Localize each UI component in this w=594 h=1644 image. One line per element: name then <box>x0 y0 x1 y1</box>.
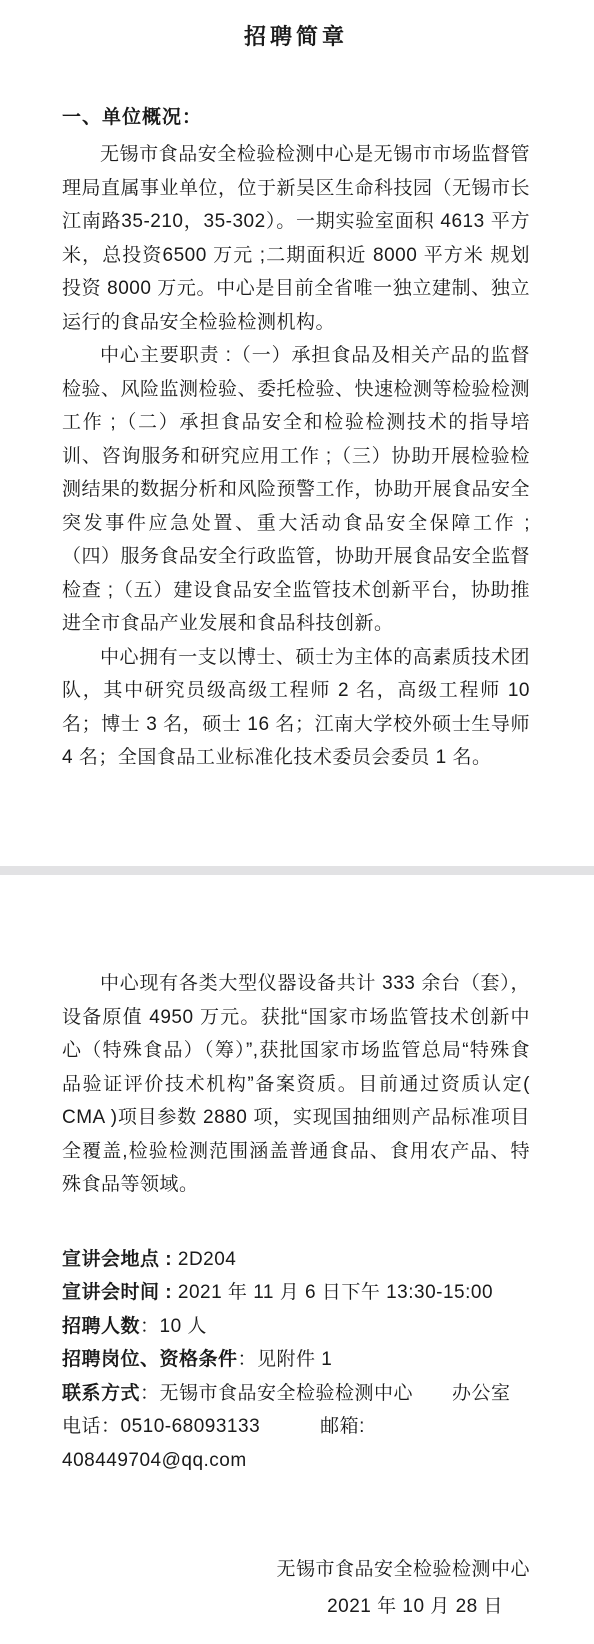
contact-value: ：无锡市食品安全检验检测中心 办公室 <box>140 1383 511 1404</box>
page-2-content: 中心现有各类大型仪器设备共计 333 余台（套），设备原值 4950 万元。获批… <box>0 875 594 1644</box>
paragraph-equipment: 中心现有各类大型仪器设备共计 333 余台（套），设备原值 4950 万元。获批… <box>62 967 530 1202</box>
time-label: 宣讲会时间 : <box>62 1282 172 1303</box>
contact-label: 联系方式 <box>62 1383 140 1404</box>
signature-block: 无锡市食品安全检验检测中心 2021 年 10 月 28 日 <box>62 1551 530 1625</box>
info-line-positions: 招聘岗位、资格条件：见附件 1 <box>62 1343 530 1377</box>
page-break-separator <box>0 866 594 875</box>
headcount-label: 招聘人数 <box>62 1316 140 1337</box>
page-2-paragraphs: 中心现有各类大型仪器设备共计 333 余台（套），设备原值 4950 万元。获批… <box>62 967 530 1202</box>
info-line-time: 宣讲会时间 : 2021 年 11 月 6 日下午 13:30-15:00 <box>62 1276 530 1310</box>
positions-value: ：见附件 1 <box>238 1349 333 1370</box>
venue-label: 宣讲会地点 : <box>62 1249 172 1270</box>
headcount-value: ：10 人 <box>140 1316 207 1337</box>
info-line-headcount: 招聘人数：10 人 <box>62 1310 530 1344</box>
recruitment-info-block: 宣讲会地点 : 2D204 宣讲会时间 : 2021 年 11 月 6 日下午 … <box>62 1243 530 1478</box>
signature-date: 2021 年 10 月 28 日 <box>62 1588 530 1625</box>
section-heading-unit-overview: 一、单位概况： <box>62 104 530 132</box>
positions-label: 招聘岗位、资格条件 <box>62 1349 238 1370</box>
info-line-venue: 宣讲会地点 : 2D204 <box>62 1243 530 1277</box>
page-1-paragraphs: 无锡市食品安全检验检测中心是无锡市市场监督管理局直属事业单位，位于新吴区生命科技… <box>62 138 530 775</box>
info-line-contact: 联系方式：无锡市食品安全检验检测中心 办公室 <box>62 1377 530 1411</box>
signature-organization: 无锡市食品安全检验检测中心 <box>62 1551 530 1588</box>
phone-value: 电话：0510-68093133 <box>62 1416 260 1437</box>
document-viewer: { "doc": { "title": "招聘简章", "section_hea… <box>0 0 594 1644</box>
document-title: 招聘简章 <box>62 22 530 52</box>
time-value: 2021 年 11 月 6 日下午 13:30-15:00 <box>172 1282 493 1303</box>
paragraph-team: 中心拥有一支以博士、硕士为主体的高素质技术团队，其中研究员级高级工程师 2 名，… <box>62 641 530 775</box>
paragraph-center-intro: 无锡市食品安全检验检测中心是无锡市市场监督管理局直属事业单位，位于新吴区生命科技… <box>62 138 530 339</box>
paragraph-main-duties: 中心主要职责 :（一）承担食品及相关产品的监督检验、风险监测检验、委托检验、快速… <box>62 339 530 641</box>
document-page: 招聘简章 一、单位概况： 无锡市食品安全检验检测中心是无锡市市场监督管理局直属事… <box>0 0 594 1644</box>
info-line-phone-email: 电话：0510-68093133邮箱: 408449704@qq.com <box>62 1410 530 1477</box>
page-1-content: 招聘简章 一、单位概况： 无锡市食品安全检验检测中心是无锡市市场监督管理局直属事… <box>0 0 594 866</box>
venue-value: 2D204 <box>172 1249 236 1270</box>
